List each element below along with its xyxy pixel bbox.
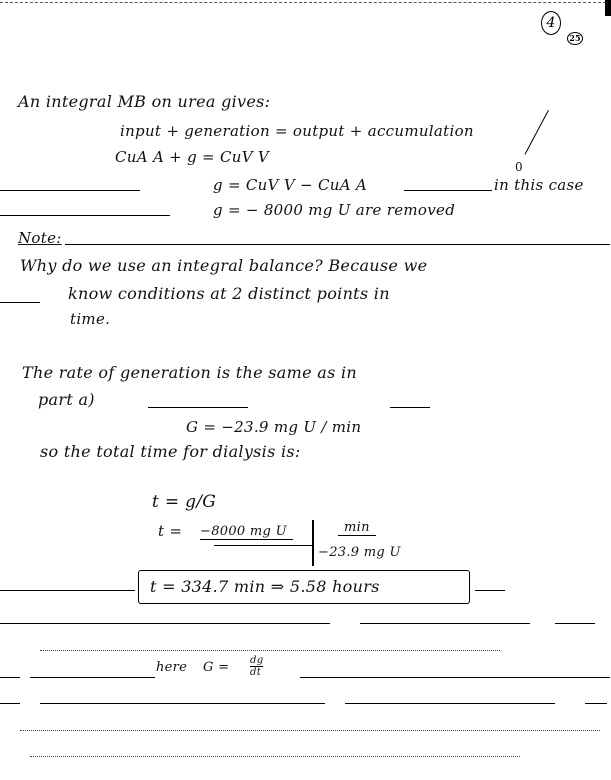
rule xyxy=(475,590,505,591)
arrow-icon xyxy=(525,110,549,155)
calc-unit-denominator: −23.9 mg U xyxy=(318,545,401,560)
dotted-rule xyxy=(30,756,520,757)
rule xyxy=(585,703,607,704)
rule xyxy=(345,703,555,704)
rule xyxy=(0,215,170,216)
generation-line: The rate of generation is the same as in xyxy=(22,363,357,382)
rule xyxy=(0,677,20,678)
footnote-prefix: here xyxy=(156,660,187,675)
final-answer: t = 334.7 min ⇒ 5.58 hours xyxy=(150,577,380,596)
generation-rate: G = −23.9 mg U / min xyxy=(186,418,361,436)
rule xyxy=(0,190,140,191)
dialysis-time-intro: so the total time for dialysis is: xyxy=(40,442,301,461)
rule xyxy=(0,590,135,591)
accumulation-zero: 0 xyxy=(515,160,523,174)
rule xyxy=(40,703,325,704)
corner-mark: 25 xyxy=(567,32,583,45)
rule xyxy=(555,623,595,624)
rule xyxy=(65,244,610,245)
page-number: 4 xyxy=(541,11,561,35)
calc-unit-numerator: min xyxy=(338,520,376,536)
footnote-numerator: dg xyxy=(250,655,263,667)
rule xyxy=(214,545,314,546)
scan-edge-mark xyxy=(605,0,611,16)
footnote-denominator: dt xyxy=(250,667,261,678)
answer-line-end: time. xyxy=(70,310,110,328)
scan-edge-top xyxy=(0,2,611,5)
dotted-rule xyxy=(40,650,500,651)
footnote-expr: G = xyxy=(203,660,229,675)
calc-numerator: −8000 mg U xyxy=(200,524,293,540)
rule xyxy=(0,703,20,704)
note-label: Note: xyxy=(18,229,62,247)
rule xyxy=(30,677,155,678)
rule xyxy=(360,623,530,624)
equation-line-3: CuA A + g = CuV V xyxy=(115,148,269,166)
calc-lhs: t = xyxy=(158,522,182,540)
part-reference: part a) xyxy=(38,390,95,409)
time-formula: t = g/G xyxy=(152,492,216,512)
rule xyxy=(390,407,430,408)
rule xyxy=(0,302,40,303)
dotted-rule xyxy=(20,730,600,731)
answer-line: know conditions at 2 distinct points in xyxy=(68,284,390,303)
rule xyxy=(404,190,492,191)
case-note: in this case xyxy=(494,176,584,194)
rule xyxy=(0,623,330,624)
mass-balance-equation: input + generation = output + accumulati… xyxy=(120,122,474,140)
heading-line: An integral MB on urea gives: xyxy=(18,92,270,111)
rule xyxy=(148,407,248,408)
rule xyxy=(300,677,610,678)
equation-line-4: g = CuV V − CuA A xyxy=(213,176,367,194)
equation-line-5: g = − 8000 mg U are removed xyxy=(213,201,455,219)
unit-divider xyxy=(312,520,314,566)
question-line: Why do we use an integral balance? Becau… xyxy=(20,256,427,275)
